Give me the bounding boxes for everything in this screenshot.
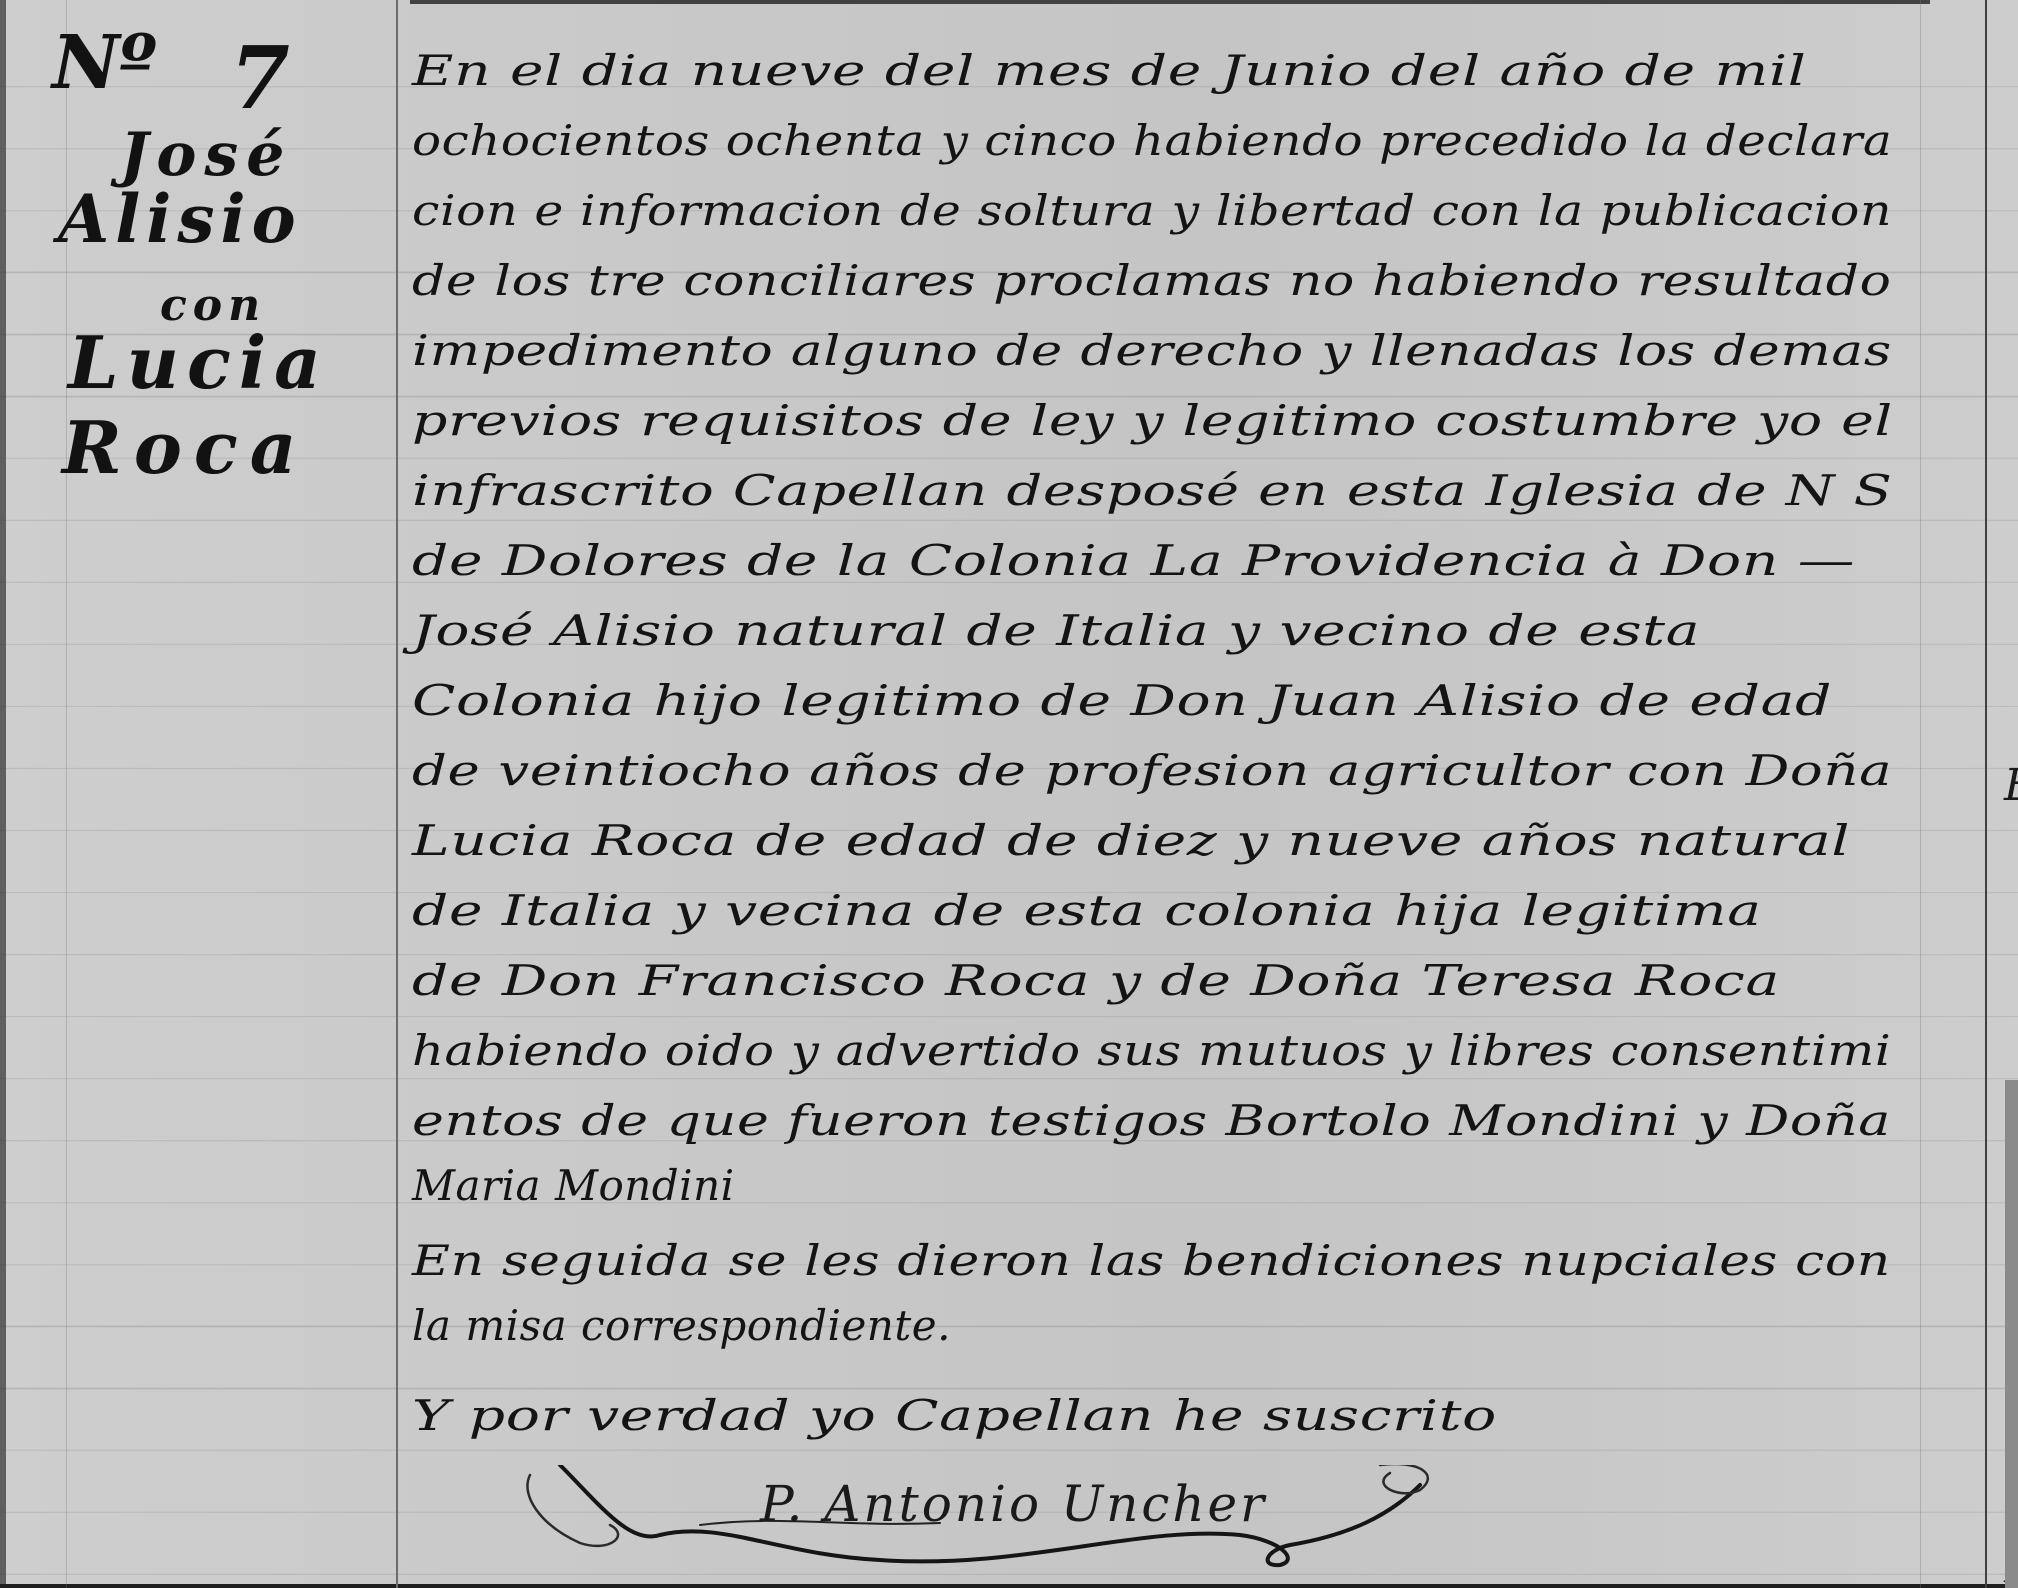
record-line: José Alisio natural de Italia y vecino d…	[412, 600, 1700, 662]
record-line: previos requisitos de ley y legitimo cos…	[412, 390, 1893, 452]
signature: P. Antonio Uncher	[520, 1465, 1570, 1575]
groom-last-name: Alisio	[58, 180, 302, 258]
record-line: la misa correspondiente.	[412, 1295, 951, 1357]
record-line: entos de que fueron testigos Bortolo Mon…	[412, 1090, 1891, 1152]
bride-first-name: Lucia	[68, 320, 329, 405]
record-line: impedimento alguno de derecho y llenadas…	[412, 320, 1892, 382]
record-line: infrascrito Capellan desposé en esta Igl…	[412, 460, 1893, 522]
record-line: En seguida se les dieron las bendiciones…	[412, 1230, 1891, 1292]
record-line: Y por verdad yo Capellan he suscrito	[412, 1385, 1497, 1447]
record-line: de Italia y vecina de esta colonia hija …	[412, 880, 1762, 942]
record-line: Colonia hijo legitimo de Don Juan Alisio…	[412, 670, 1832, 732]
record-line: habiendo oido y advertido sus mutuos y l…	[412, 1020, 1891, 1082]
entry-number-label: Nº	[52, 20, 157, 106]
record-line: Lucia Roca de edad de diez y nueve años …	[412, 810, 1850, 872]
right-page-glyph: E	[2004, 760, 2018, 811]
faint-vertical-rule	[1920, 0, 1921, 1588]
record-line: de los tre conciliares proclamas no habi…	[412, 250, 1891, 312]
bride-last-name: Roca	[62, 405, 308, 490]
record-line: de Don Francisco Roca y de Doña Teresa R…	[412, 950, 1780, 1012]
signature-name: P. Antonio Uncher	[760, 1475, 1267, 1533]
record-line: de veintiocho años de profesion agricult…	[412, 740, 1892, 802]
record-line: En el dia nueve del mes de Junio del año…	[412, 40, 1807, 102]
record-line: ochocientos ochenta y cinco habiendo pre…	[412, 110, 1892, 172]
margin-rule	[396, 0, 398, 1588]
top-border-rule	[410, 0, 1930, 4]
binding-edge	[0, 0, 6, 1588]
bottom-border-rule	[0, 1584, 2018, 1588]
record-line: de Dolores de la Colonia La Providencia …	[412, 530, 1855, 592]
right-page-rule	[1985, 0, 1987, 1588]
record-line: cion e informacion de soltura y libertad…	[412, 180, 1892, 242]
register-page: E E Nº 7 José Alisio con Lucia Roca En e…	[0, 0, 2018, 1588]
record-line: Maria Mondini	[412, 1155, 735, 1217]
entry-number: 7	[230, 28, 290, 129]
scan-shadow	[2005, 1080, 2018, 1588]
